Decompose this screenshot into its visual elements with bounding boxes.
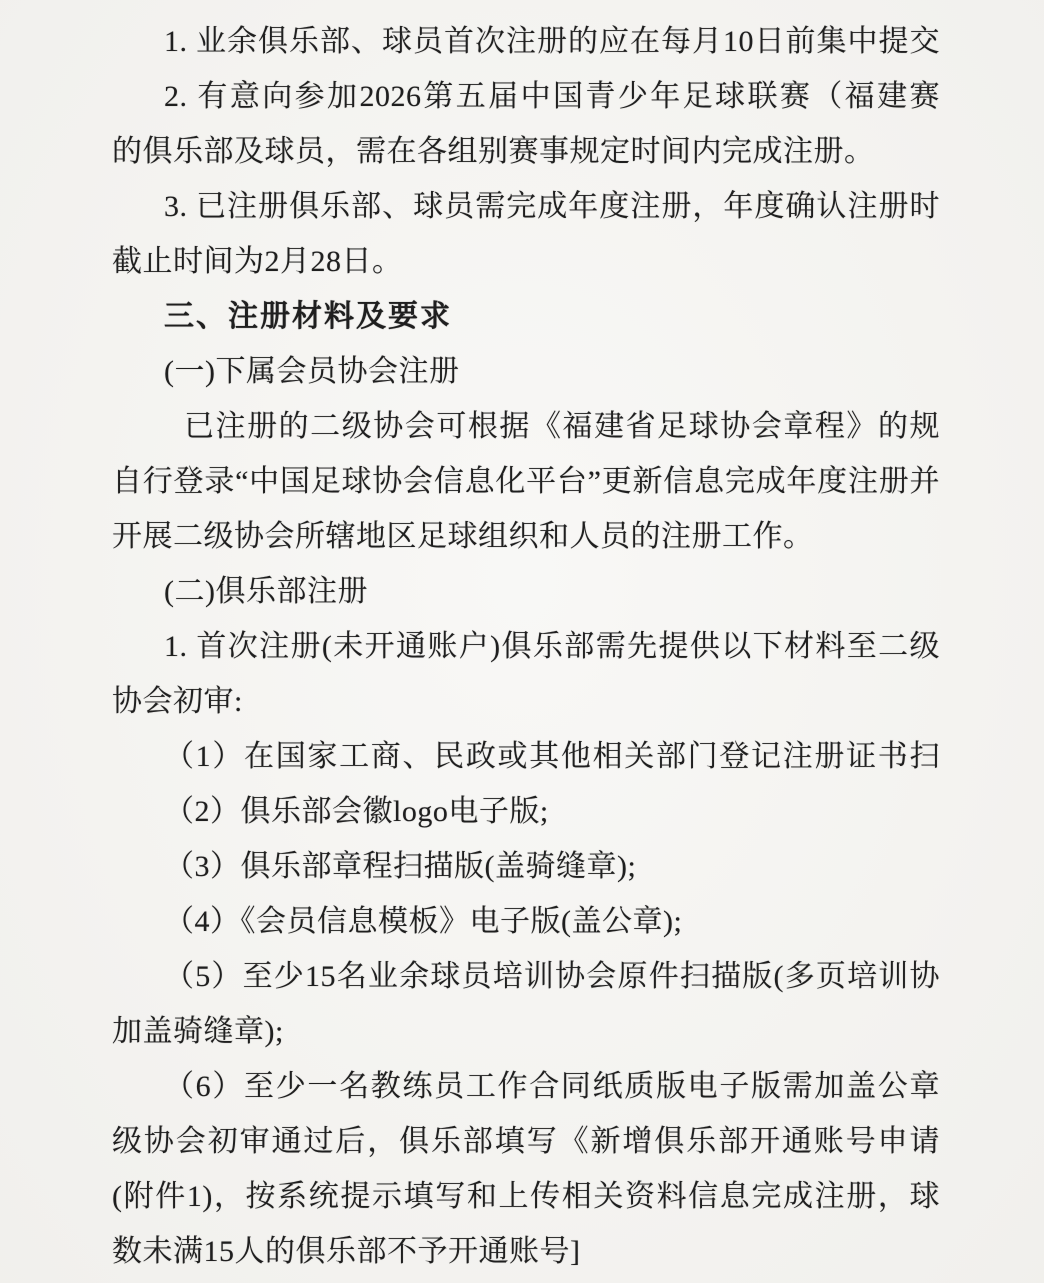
- document-line: 3. 已注册俱乐部、球员需完成年度注册，年度确认注册时间: [112, 179, 940, 234]
- document-text-block: 1. 业余俱乐部、球员首次注册的应在每月10日前集中提交注册。2. 有意向参加2…: [112, 14, 940, 1279]
- document-line: 截止时间为2月28日。: [112, 234, 940, 289]
- document-line: 开展二级协会所辖地区足球组织和人员的注册工作。: [112, 509, 940, 564]
- document-line: （4）《会员信息模板》电子版(盖公章);: [112, 894, 940, 949]
- document-line: (附件1)，按系统提示填写和上传相关资料信息完成注册，球员: [112, 1169, 940, 1224]
- document-line: (一)下属会员协会注册: [112, 344, 940, 399]
- document-line: 数未满15人的俱乐部不予开通账号]: [112, 1224, 940, 1279]
- section-heading: 三、注册材料及要求: [112, 289, 940, 344]
- document-line: （3）俱乐部章程扫描版(盖骑缝章);: [112, 839, 940, 894]
- document-line: （6）至少一名教练员工作合同纸质版电子版需加盖公章[二: [112, 1059, 940, 1114]
- document-line: 协会初审:: [112, 674, 940, 729]
- document-line: 2. 有意向参加2026第五届中国青少年足球联赛（福建赛区）: [112, 69, 940, 124]
- document-line: 自行登录“中国足球协会信息化平台”更新信息完成年度注册并: [112, 454, 940, 509]
- document-line: （2）俱乐部会徽logo电子版;: [112, 784, 940, 839]
- document-line: 级协会初审通过后，俱乐部填写《新增俱乐部开通账号申请表》: [112, 1114, 940, 1169]
- document-line: 已注册的二级协会可根据《福建省足球协会章程》的规定，: [112, 399, 940, 454]
- document-line: 1. 首次注册(未开通账户)俱乐部需先提供以下材料至二级: [112, 619, 940, 674]
- document-line: 1. 业余俱乐部、球员首次注册的应在每月10日前集中提交注册。: [112, 14, 940, 69]
- document-line: (二)俱乐部注册: [112, 564, 940, 619]
- document-line: （1）在国家工商、民政或其他相关部门登记注册证书扫描版;: [112, 729, 940, 784]
- scanned-document-page: 1. 业余俱乐部、球员首次注册的应在每月10日前集中提交注册。2. 有意向参加2…: [0, 0, 1044, 1283]
- document-line: 加盖骑缝章);: [112, 1004, 940, 1059]
- document-line: （5）至少15名业余球员培训协会原件扫描版(多页培训协议: [112, 949, 940, 1004]
- document-line: 的俱乐部及球员，需在各组别赛事规定时间内完成注册。: [112, 124, 940, 179]
